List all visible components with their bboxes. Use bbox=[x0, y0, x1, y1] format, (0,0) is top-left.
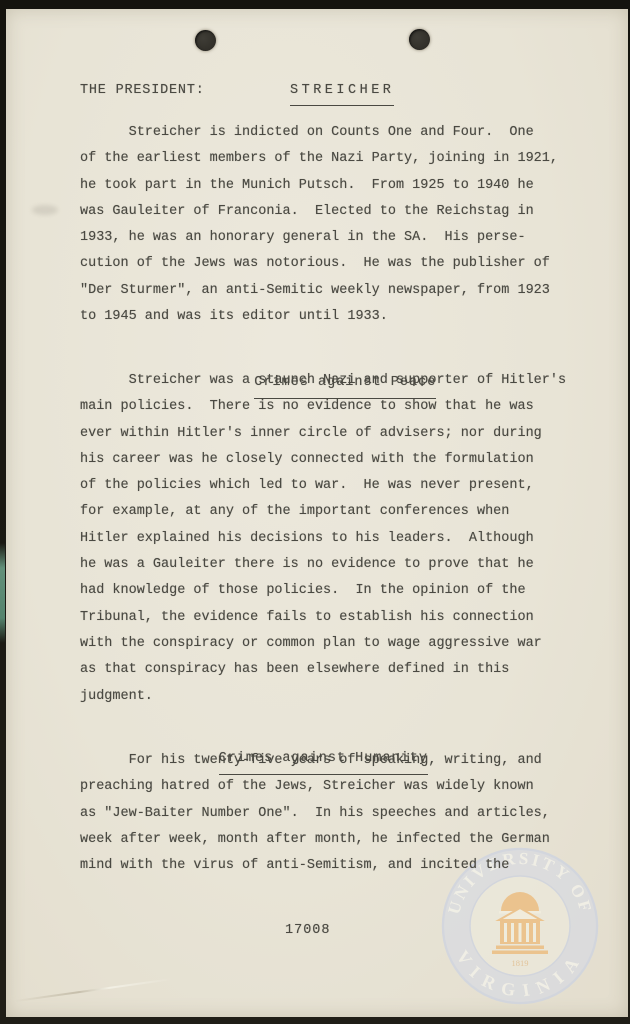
hole-punch-right bbox=[409, 29, 430, 50]
paper-edge-tint bbox=[0, 543, 5, 643]
scan-background: UNIVERSITY OF VIRGINIA 1819 THE PRESIDEN bbox=[0, 0, 630, 1024]
hole-punch-left bbox=[195, 30, 216, 51]
paper-smudge bbox=[32, 205, 58, 215]
speaker-label: THE PRESIDENT: bbox=[80, 78, 205, 104]
paragraph-crimes-against-peace: Streicher was a staunch Nazi and support… bbox=[80, 368, 566, 710]
paper-crease bbox=[15, 978, 174, 1002]
page-number: 17008 bbox=[285, 918, 331, 944]
seal-year-text: 1819 bbox=[512, 958, 529, 968]
document-page: UNIVERSITY OF VIRGINIA 1819 THE PRESIDEN bbox=[6, 9, 628, 1017]
paragraph-crimes-against-humanity: For his twenty-five years of speaking, w… bbox=[80, 748, 550, 879]
paragraph-indictment: Streicher is indicted on Counts One and … bbox=[80, 120, 558, 330]
document-title: STREICHER bbox=[290, 78, 394, 106]
